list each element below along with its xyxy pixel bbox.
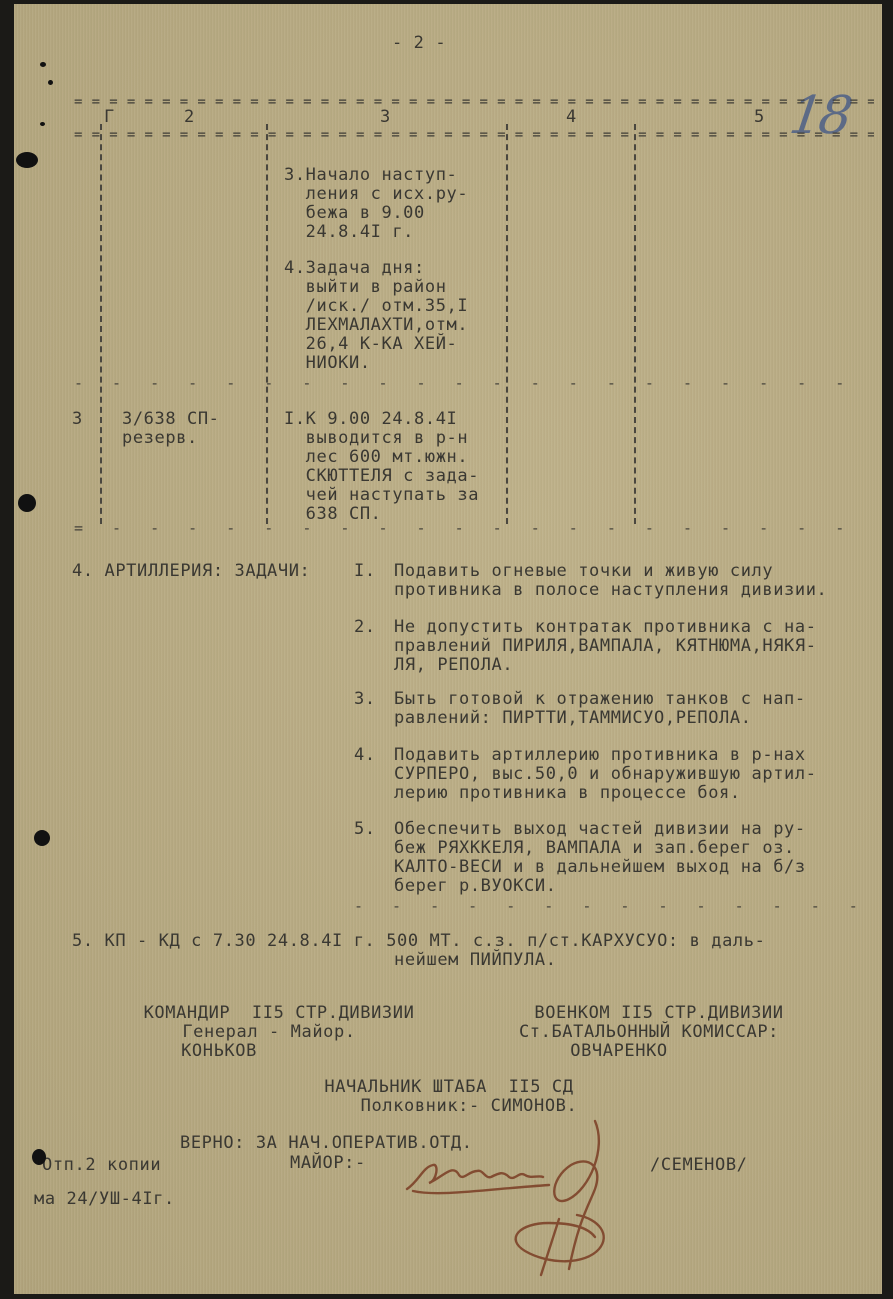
punch-hole [34,830,50,846]
commander-name: КОНЬКОВ [54,1042,384,1061]
chief-of-staff-title: НАЧАЛЬНИК ШТАБА II5 СД [284,1078,614,1097]
copies-note: Отп.2 копии [42,1156,161,1175]
commander-title: КОМАНДИР II5 СТР.ДИВИЗИИ [114,1004,444,1023]
artillery-task-5-text: Обеспечить выход частей дивизии на ру- б… [394,820,806,896]
row-divider-1: - - - - - - - - - - - - - - - - - - - - … [74,379,874,387]
typed-date: ма 24/УШ-4Iг. [34,1190,175,1209]
punch-hole [18,494,36,512]
commissar-title: ВОЕНКОМ II5 СТР.ДИВИЗИИ [494,1004,824,1023]
row2-number: 3 [72,410,83,429]
artillery-task-3-text: Быть готовой к отражению танков с нап- р… [394,690,806,728]
row2-unit: 3/638 СП- резерв. [122,410,220,448]
artillery-task-2-num: 2. [354,618,376,637]
column-divider-1 [100,124,102,524]
punch-hole [16,152,38,168]
commissar-name: ОВЧАРЕНКО [454,1042,784,1061]
handwritten-signature [399,1119,629,1279]
column-header-5: 5 [754,108,765,127]
artillery-task-3-num: 3. [354,690,376,709]
paper-speck [48,80,53,85]
artillery-task-5-num: 5. [354,820,376,839]
row2-item-1: I.К 9.00 24.8.4I выводится в р-н лес 600… [284,410,479,524]
paper-speck [40,62,46,67]
artillery-task-4-num: 4. [354,746,376,765]
punch-hole [32,1149,46,1165]
column-header-3: 3 [380,108,391,127]
artillery-heading: 4. АРТИЛЛЕРИЯ: ЗАДАЧИ: [72,562,310,581]
column-header-4: 4 [566,108,577,127]
section-divider: - - - - - - - - - - - - - - - - - - - - … [354,902,874,910]
artillery-task-1-num: I. [354,562,376,581]
artillery-task-4-text: Подавить артиллерию противника в р-нах С… [394,746,817,803]
command-post-line-1: 5. КП - КД с 7.30 24.8.4I г. 500 МТ. с.з… [72,932,765,951]
column-header-1: Г [104,108,115,127]
paper-speck [40,122,45,126]
certified-name: /СЕМЕНОВ/ [650,1156,748,1175]
document-page: - 2 - 18 ===============================… [14,4,882,1294]
column-divider-2 [266,124,268,524]
row1-item-4: 4.Задача дня: выйти в район /иск./ отм.3… [284,259,468,373]
chief-of-staff-name: Полковник:- СИМОНОВ. [304,1097,634,1116]
table-rule-top: ========================================… [74,98,874,106]
command-post-line-2: нейшем ПИЙПУЛА. [394,951,557,970]
column-header-2: 2 [184,108,195,127]
artillery-task-1-text: Подавить огневые точки и живую силу прот… [394,562,827,600]
column-divider-3 [506,124,508,524]
certified-rank: МАЙОР:- [290,1154,366,1173]
table-rule-header: ========================================… [74,131,874,139]
row1-item-3: 3.Начало наступ- ления с исх.ру- бежа в … [284,166,468,242]
row-divider-2: = - - - - - - - - - - - - - - - - - - - … [74,524,874,532]
column-divider-4 [634,124,636,524]
page-number: - 2 - [392,34,446,53]
commander-rank: Генерал - Майор. [104,1023,434,1042]
commissar-rank: Ст.БАТАЛЬОННЫЙ КОМИССАР: [484,1023,814,1042]
artillery-task-2-text: Не допустить контратак противника с на- … [394,618,817,675]
